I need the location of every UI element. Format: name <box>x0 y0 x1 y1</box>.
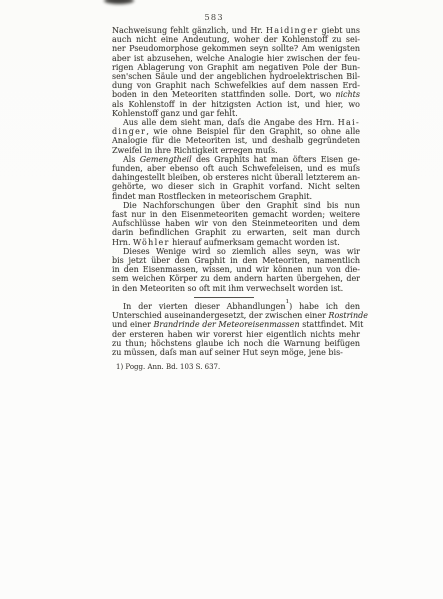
page-number: 583 <box>196 13 232 23</box>
text-line: als Kohlenstoff in der hitzigsten Action… <box>112 100 360 109</box>
text-line: Kohlenstoff ganz und gar fehlt. <box>112 109 360 118</box>
text-line: zu thun; höchstens glaube ich noch die W… <box>112 339 360 348</box>
text-line: zu müssen, daſs man auf seiner Hut seyn … <box>112 348 360 357</box>
text-line: Nachweisung fehlt gänzlich, und Hr. Haid… <box>112 26 360 35</box>
text-line: ner Pseudomorphose gekommen seyn sollte?… <box>112 44 360 53</box>
text-line: Analogie für die Meteoriten ist, und des… <box>112 136 360 145</box>
text-line: Hrn. Wöhler hierauf aufmerksam gemacht w… <box>112 238 360 247</box>
text-line: auch nicht eine Andeutung, woher der Koh… <box>112 35 360 44</box>
text-line: Aus alle dem sieht man, daſs die Angabe … <box>112 118 360 127</box>
text-line: der ersteren haben wir vorerst hier eige… <box>112 330 360 339</box>
text-line: darin befindlichen Graphit zu erwarten, … <box>112 228 360 237</box>
text-line: boden in den Meteoriten stattfinden soll… <box>112 90 360 99</box>
text-line: bis jetzt über den Graphit in den Meteor… <box>112 256 360 265</box>
text-line: dung von Graphit nach Schwefelkies auf d… <box>112 81 360 90</box>
text-line: sen'schen Säule und der angeblichen hydr… <box>112 72 360 81</box>
text-line: Dieses Wenige wird so ziemlich alles sey… <box>112 247 360 256</box>
paragraph: In der vierten dieser Abhandlungen1) hab… <box>112 302 360 357</box>
text-line: aber ist abzusehen, welche Analogie hier… <box>112 54 360 63</box>
text-line: findet man Rostflecken in meteorischem G… <box>112 192 360 201</box>
text-line: dinger, wie ohne Beispiel für den Graphi… <box>112 127 360 136</box>
text-line: Unterschied auseinandergesetzt, der zwis… <box>112 311 360 320</box>
paragraph: Als Gemengtheil des Graphits hat man öft… <box>112 155 360 201</box>
text-line: sem weichen Körper zu dem andern harten … <box>112 274 360 283</box>
scan-artifact-smudge <box>104 0 134 4</box>
paragraph: Aus alle dem sieht man, daſs die Angabe … <box>112 118 360 155</box>
paragraphs-container: Nachweisung fehlt gänzlich, und Hr. Haid… <box>112 26 360 357</box>
text-line: Als Gemengtheil des Graphits hat man öft… <box>112 155 360 164</box>
text-line: Zweifel in ihre Richtigkeit erregen muſs… <box>112 146 360 155</box>
text-line: fast nur in den Eisenmeteoriten gemacht … <box>112 210 360 219</box>
text-line: dahingestellt bleiben, ob ersteres nicht… <box>112 173 360 182</box>
text-line: funden, aber ebenso oft auch Schwefeleis… <box>112 164 360 173</box>
text-line: In der vierten dieser Abhandlungen1) hab… <box>112 302 360 311</box>
paragraph: Nachweisung fehlt gänzlich, und Hr. Haid… <box>112 26 360 118</box>
scanned-page: 583 Nachweisung fehlt gänzlich, und Hr. … <box>0 0 443 599</box>
text-line: rigen Ablagerung von Graphit am negative… <box>112 63 360 72</box>
text-line: Die Nachforschungen über den Graphit sin… <box>112 201 360 210</box>
footnote: 1) Pogg. Ann. Bd. 103 S. 637. <box>112 363 360 371</box>
paragraph: Die Nachforschungen über den Graphit sin… <box>112 201 360 247</box>
text-line: in den Eisenmassen, wissen, und wir könn… <box>112 265 360 274</box>
text-line: Aufschlüsse haben wir von den Steinmeteo… <box>112 219 360 228</box>
section-divider <box>194 297 254 298</box>
text-block: Nachweisung fehlt gänzlich, und Hr. Haid… <box>112 26 360 371</box>
text-line: und einer Brandrinde der Meteoreisenmass… <box>112 320 360 329</box>
text-line: gehörte, wo dieser sich in Graphit vorfa… <box>112 182 360 191</box>
text-line: in den Meteoriten so oft mit ihm verwech… <box>112 284 360 293</box>
paragraph: Dieses Wenige wird so ziemlich alles sey… <box>112 247 360 293</box>
